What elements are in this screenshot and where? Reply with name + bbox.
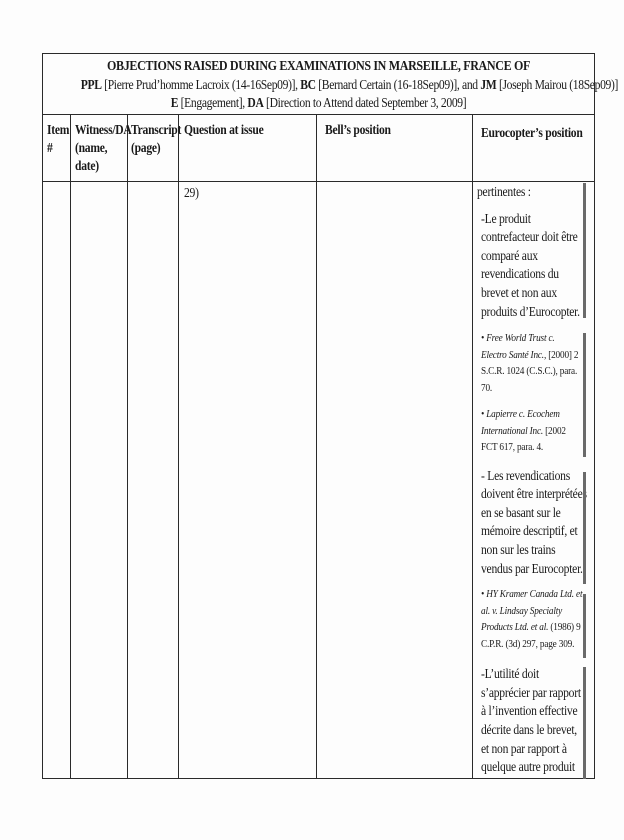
- text-line: et non par rapport à: [481, 740, 581, 759]
- text-line: mémoire descriptif, et: [481, 522, 581, 541]
- header-transcript: Transcript (page): [131, 121, 181, 157]
- header-transcript-line: Transcript: [131, 121, 181, 139]
- citation-text: • Lapierre c. Ecochem: [481, 409, 560, 420]
- text-line: doivent être interprétées: [481, 485, 581, 504]
- column-divider: [178, 115, 179, 779]
- document-page: OBJECTIONS RAISED DURING EXAMINATIONS IN…: [0, 0, 624, 840]
- column-divider: [127, 115, 128, 779]
- euro-argument-3: -L’utilité doit s’apprécier par rapport …: [481, 665, 597, 777]
- ppl-text: [Pierre Prud’homme Lacroix (14-16Sep09)]…: [102, 77, 301, 92]
- citation-text: International Inc.: [481, 426, 543, 437]
- citation-text: [2000] 2: [546, 350, 578, 361]
- text-line: non sur les trains: [481, 541, 581, 560]
- column-divider: [472, 115, 473, 779]
- citation-text: • HY Kramer Canada Ltd. et: [481, 589, 582, 600]
- citation-text: S.C.R. 1024 (C.S.C.), para.: [481, 364, 583, 381]
- header-eurocopter-position: Eurocopter’s position: [481, 124, 583, 142]
- text-line: vendus par Eurocopter.: [481, 560, 581, 579]
- citation-text: al. v. Lindsay Specialty: [481, 606, 562, 617]
- text-line: s’apprécier par rapport: [481, 684, 581, 703]
- text-line: en se basant sur le: [481, 504, 581, 523]
- eurocopter-position-cell: pertinentes : -Le produit contrefacteur …: [477, 183, 597, 777]
- bc-abbr: BC: [300, 77, 315, 92]
- header-item: Item #: [47, 121, 69, 157]
- revision-bar: [583, 594, 586, 658]
- question-cell: 29): [184, 184, 199, 202]
- jm-abbr: JM: [480, 77, 496, 92]
- euro-argument-1: -Le produit contrefacteur doit être comp…: [481, 210, 597, 322]
- table-title: OBJECTIONS RAISED DURING EXAMINATIONS IN…: [81, 58, 557, 76]
- witness-legend: PPL [Pierre Prud’homme Lacroix (14-16Sep…: [81, 76, 557, 94]
- text-line: -L’utilité doit: [481, 665, 581, 684]
- text-line: produits d’Eurocopter.: [481, 303, 581, 322]
- da-text: [Direction to Attend dated September 3, …: [264, 95, 467, 110]
- text-line: contrefacteur doit être: [481, 228, 581, 247]
- header-divider: [42, 181, 595, 182]
- citation-text: C.P.R. (3d) 297, page 309.: [481, 637, 583, 654]
- column-divider: [70, 115, 71, 779]
- header-witness-line: date): [75, 157, 132, 175]
- da-abbr: DA: [247, 95, 263, 110]
- citation-text: 70.: [481, 381, 583, 398]
- header-question: Question at issue: [184, 121, 263, 139]
- citation-text: (1986) 9: [548, 622, 580, 633]
- jm-text: [Joseph Mairou (18Sep09)]: [496, 77, 618, 92]
- abbreviation-legend: E [Engagement], DA [Direction to Attend …: [81, 94, 557, 112]
- citation-lapierre: • Lapierre c. Ecochem International Inc.…: [477, 407, 597, 457]
- revision-bar: [583, 472, 586, 584]
- ppl-abbr: PPL: [81, 77, 102, 92]
- revision-bar: [583, 183, 586, 318]
- euro-argument-2: - Les revendications doivent être interp…: [481, 467, 597, 579]
- text-line: - Les revendications: [481, 467, 581, 486]
- text-line: décrite dans le brevet,: [481, 721, 581, 740]
- revision-bar: [583, 333, 586, 457]
- citation-text: FCT 617, para. 4.: [481, 440, 583, 457]
- header-witness-line: (name,: [75, 139, 132, 157]
- citation-text: [2002: [543, 426, 566, 437]
- citation-text: Electro Santé Inc.,: [481, 350, 546, 361]
- citation-free-world-trust: • Free World Trust c. Electro Santé Inc.…: [477, 331, 597, 397]
- citation-text: • Free World Trust c.: [481, 333, 555, 344]
- header-item-line: Item: [47, 121, 69, 139]
- text-line: à l’invention effective: [481, 702, 581, 721]
- header-transcript-line: (page): [131, 139, 181, 157]
- text-line: revendications du: [481, 265, 581, 284]
- euro-intro: pertinentes :: [477, 183, 580, 202]
- bc-text: [Bernard Certain (16-18Sep09)], and: [316, 77, 481, 92]
- header-item-line: #: [47, 139, 69, 157]
- header-witness-line: Witness/DA: [75, 121, 132, 139]
- text-line: brevet et non aux: [481, 284, 581, 303]
- e-text: [Engagement],: [178, 95, 247, 110]
- text-line: quelque autre produit: [481, 758, 581, 777]
- citation-hy-kramer: • HY Kramer Canada Ltd. et al. v. Lindsa…: [477, 587, 597, 653]
- table-title-block: OBJECTIONS RAISED DURING EXAMINATIONS IN…: [42, 53, 595, 115]
- citation-text: Products Ltd. et al.: [481, 622, 548, 633]
- text-line: comparé aux: [481, 247, 581, 266]
- header-bell-position: Bell’s position: [325, 121, 391, 139]
- revision-bar: [583, 667, 586, 779]
- text-line: -Le produit: [481, 210, 581, 229]
- header-witness: Witness/DA (name, date): [75, 121, 132, 175]
- column-divider: [316, 115, 317, 779]
